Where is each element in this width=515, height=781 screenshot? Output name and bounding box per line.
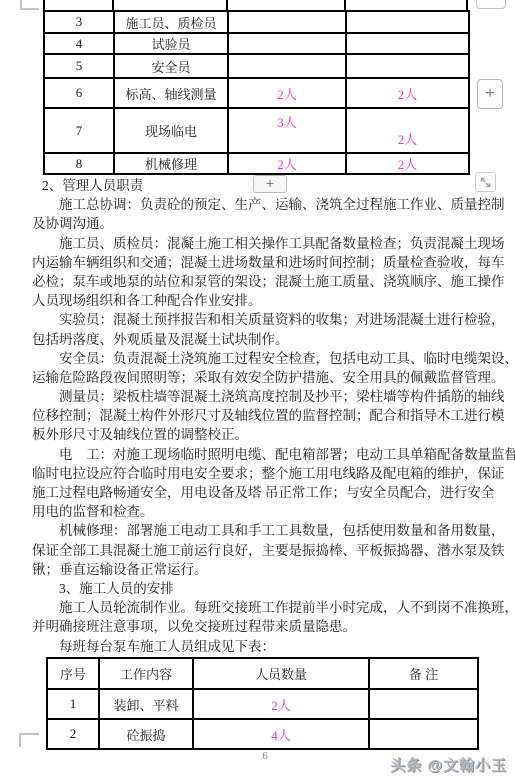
paragraph-line: 安全员：负责混凝土浇筑施工过程安全检查，包括电动工具、临时电缆架设、 [32, 349, 510, 368]
paragraph-line: 内运输车辆组织和交通；混凝土进场数量和进场时间控制；质量检查验收，每车 [32, 253, 510, 272]
table-cell-count1: 2人 [228, 153, 346, 174]
cutoff-button-top-right[interactable] [476, 0, 506, 9]
table-cell-count2 [346, 33, 469, 54]
table-header-row: 序号工作内容人员数量备 注 [47, 658, 478, 689]
table-cell-num: 4 [44, 33, 114, 54]
table-cell-count2 [346, 54, 469, 78]
paragraph-line: 临时电拉设应符合临时用电安全要求；整个施工用电线路及配电箱的维护，保证 [32, 464, 510, 483]
table-cell-num: 8 [44, 153, 114, 174]
table-row: 8机械修理2人2人 [44, 153, 469, 174]
paragraph-line: 及协调沟通。 [32, 214, 510, 233]
table-row: 1装卸、平料2人 [47, 689, 478, 719]
table-cell-count: 2人 [193, 689, 369, 719]
table-cell-note [369, 719, 478, 749]
pump-crew-table: 序号工作内容人员数量备 注1装卸、平料2人2砼振捣4人 [46, 657, 479, 750]
table-cell-task: 标高、轴线测量 [114, 78, 228, 108]
table-cell-count2: 2人 [346, 78, 469, 108]
table-cell-count2: 2人 [346, 153, 469, 174]
table-cell-num: 2 [47, 719, 99, 749]
table-row: 5安全员 [44, 54, 469, 78]
paragraph-line: 用电的监督和检查。 [32, 502, 510, 521]
paragraph-line: 人员现场组织和各工种配合作业安排。 [32, 291, 510, 310]
paragraph-line: 锹；垂直运输设备正常运行。 [32, 560, 510, 579]
paragraph-line: 每班每台泵车施工人员组成见下表： [32, 637, 510, 656]
crop-mark-top-left [20, 0, 39, 10]
table-row: 7现场临电3人2人 [44, 108, 469, 153]
personnel-equipment-table: 3施工员、质检员4试验员5安全员6标高、轴线测量2人2人7现场临电3人2人8机械… [43, 10, 470, 175]
paragraph-line: 位移控制；混凝土构件外形尺寸及轴线位置的监督控制；配合和指导木工进行模 [32, 406, 510, 425]
section-heading: 3、施工人员的安排 [32, 579, 510, 598]
paragraph-line: 运输危险路段夜间照明等；采取有效安全防护措施、安全用具的佩戴监督管理。 [32, 368, 510, 387]
table-cell-task: 试验员 [114, 33, 228, 54]
paragraph-line: 施工总协调：负责砼的预定、生产、运输、浇筑全过程施工作业、质量控制 [32, 195, 510, 214]
table-header-cell: 工作内容 [99, 658, 193, 689]
table-cell-task: 装卸、平料 [99, 689, 193, 719]
table-cell-count1 [228, 33, 346, 54]
table-cell-task: 安全员 [114, 54, 228, 78]
table-column-stub [226, 0, 228, 10]
document-text: 2、管理人员职责施工总协调：负责砼的预定、生产、运输、浇筑全过程施工作业、质量控… [32, 176, 510, 656]
table-row: 3施工员、质检员 [44, 11, 469, 33]
table-row: 4试验员 [44, 33, 469, 54]
paragraph-line: 施工过程电路畅通安全，用电设备及塔 吊正常工作；与安全员配合，进行安全 [32, 483, 510, 502]
table-column-stub [344, 0, 346, 10]
table-cell-num: 5 [44, 54, 114, 78]
table-row: 6标高、轴线测量2人2人 [44, 78, 469, 108]
table-cell-num: 7 [44, 108, 114, 153]
watermark-text: 头条 @文翰小玉 [390, 754, 507, 775]
paragraph-line: 测量员：梁板柱墙等混凝土浇筑高度控制及抄平；梁柱墙等构件插筋的轴线 [32, 387, 510, 406]
table-header-cell: 序号 [47, 658, 99, 689]
side-plus-button[interactable]: + [477, 79, 503, 109]
document-page: 3施工员、质检员4试验员5安全员6标高、轴线测量2人2人7现场临电3人2人8机械… [0, 0, 515, 781]
crop-mark-bottom-left [19, 733, 39, 747]
table-cell-count1 [228, 11, 346, 33]
table-column-stub [43, 0, 45, 10]
table-header-cell: 人员数量 [193, 658, 369, 689]
personnel-equipment-table-body: 3施工员、质检员4试验员5安全员6标高、轴线测量2人2人7现场临电3人2人8机械… [44, 11, 469, 174]
table-cell-note [369, 689, 478, 719]
table-cell-count: 4人 [193, 719, 369, 749]
table-cell-count2: 2人 [346, 108, 469, 153]
paragraph-line: 施工人员轮流制作业。每班交接班工作提前半小时完成，人不到岗不准换班， [32, 598, 510, 617]
table-column-stub [466, 0, 468, 10]
table-cell-num: 1 [47, 689, 99, 719]
table-cell-task: 现场临电 [114, 108, 228, 153]
page-number: 6 [245, 750, 285, 762]
table-cell-count1: 3人 [228, 108, 346, 153]
paragraph-line: 保证全部工具混凝土施工前运行良好，主要是振捣棒、平板振捣器、潜水泵及铁 [32, 541, 510, 560]
paragraph-line: 必检；泵车或地泵的站位和泵管的架设；混凝土施工质量、浇筑顺序、施工操作 [32, 272, 510, 291]
paragraph-line: 实验员：混凝土预拌报告和相关质量资料的收集；对进场混凝土进行检验， [32, 310, 510, 329]
table-cell-task: 施工员、质检员 [114, 11, 228, 33]
table-cell-num: 6 [44, 78, 114, 108]
table-cell-task: 砼振捣 [99, 719, 193, 749]
table-column-stub [112, 0, 114, 10]
table-cell-num: 3 [44, 11, 114, 33]
paragraph-line: 电 工：对施工现场临时照明电缆、配电箱部署；电动工具单箱配备数量监督； [32, 445, 510, 464]
table-cell-count2 [346, 11, 469, 33]
table-cell-task: 机械修理 [114, 153, 228, 174]
table-cell-count1 [228, 54, 346, 78]
paragraph-line: 并明确接班注意事项，以免交接班过程带来质量隐患。 [32, 617, 510, 636]
section-heading: 2、管理人员职责 [32, 176, 510, 195]
table-header-cell: 备 注 [369, 658, 478, 689]
paragraph-line: 机械修理：部署施工电动工具和手工工具数量，包括使用数量和备用数量， [32, 521, 510, 540]
table-cell-count1: 2人 [228, 78, 346, 108]
paragraph-line: 包括坍落度、外观质量及混凝土试块制作。 [32, 330, 510, 349]
table-row: 2砼振捣4人 [47, 719, 478, 749]
paragraph-line: 施工员、质检员：混凝土施工相关操作工具配备数量检查；负责混凝土现场 [32, 234, 510, 253]
paragraph-line: 板外形尺寸及轴线位置的调整校正。 [32, 425, 510, 444]
pump-crew-table-body: 序号工作内容人员数量备 注1装卸、平料2人2砼振捣4人 [47, 658, 478, 749]
